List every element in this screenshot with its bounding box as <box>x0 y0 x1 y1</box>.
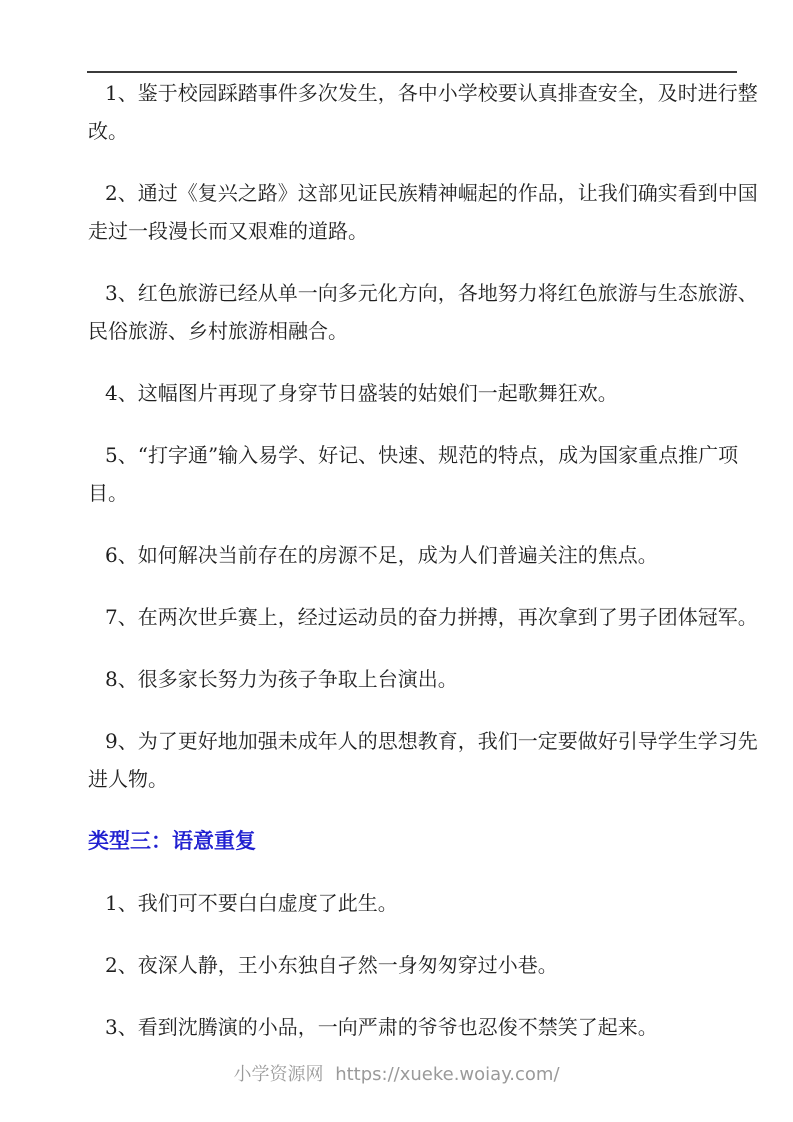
exercise-item: 2、夜深人静，王小东独自孑然一身匆匆穿过小巷。 <box>88 946 780 984</box>
exercise-item: 1、鉴于校园踩踏事件多次发生，各中小学校要认真排查安全，及时进行整 改。 <box>88 74 780 150</box>
exercise-item: 7、在两次世乒赛上，经过运动员的奋力拼搏，再次拿到了男子团体冠军。 <box>88 598 780 636</box>
exercise-item: 6、如何解决当前存在的房源不足，成为人们普遍关注的焦点。 <box>88 536 780 574</box>
footer-url: https://xueke.woiay.com/ <box>335 1064 559 1085</box>
header-divider-line <box>87 71 737 73</box>
exercise-item: 9、为了更好地加强未成年人的思想教育，我们一定要做好引导学生学习先 进人物。 <box>88 722 780 798</box>
exercise-item: 3、红色旅游已经从单一向多元化方向，各地努力将红色旅游与生态旅游、 民俗旅游、乡… <box>88 274 780 350</box>
exercise-item: 3、看到沈腾演的小品，一向严肃的爷爷也忍俊不禁笑了起来。 <box>88 1008 780 1046</box>
document-content: 1、鉴于校园踩踏事件多次发生，各中小学校要认真排查安全，及时进行整 改。 2、通… <box>88 74 780 1070</box>
exercise-item: 1、我们可不要白白虚度了此生。 <box>88 884 780 922</box>
page-footer: 小学资源网 https://xueke.woiay.com/ <box>0 1062 793 1088</box>
document-page: 1、鉴于校园踩踏事件多次发生，各中小学校要认真排查安全，及时进行整 改。 2、通… <box>0 0 793 1122</box>
section-heading: 类型三：语意重复 <box>88 822 780 860</box>
exercise-item: 2、通过《复兴之路》这部见证民族精神崛起的作品，让我们确实看到中国 走过一段漫长… <box>88 174 780 250</box>
exercise-item: 8、很多家长努力为孩子争取上台演出。 <box>88 660 780 698</box>
exercise-item: 5、“打字通”输入易学、好记、快速、规范的特点，成为国家重点推广项 目。 <box>88 436 780 512</box>
footer-site-name: 小学资源网 <box>233 1064 323 1085</box>
exercise-item: 4、这幅图片再现了身穿节日盛装的姑娘们一起歌舞狂欢。 <box>88 374 780 412</box>
